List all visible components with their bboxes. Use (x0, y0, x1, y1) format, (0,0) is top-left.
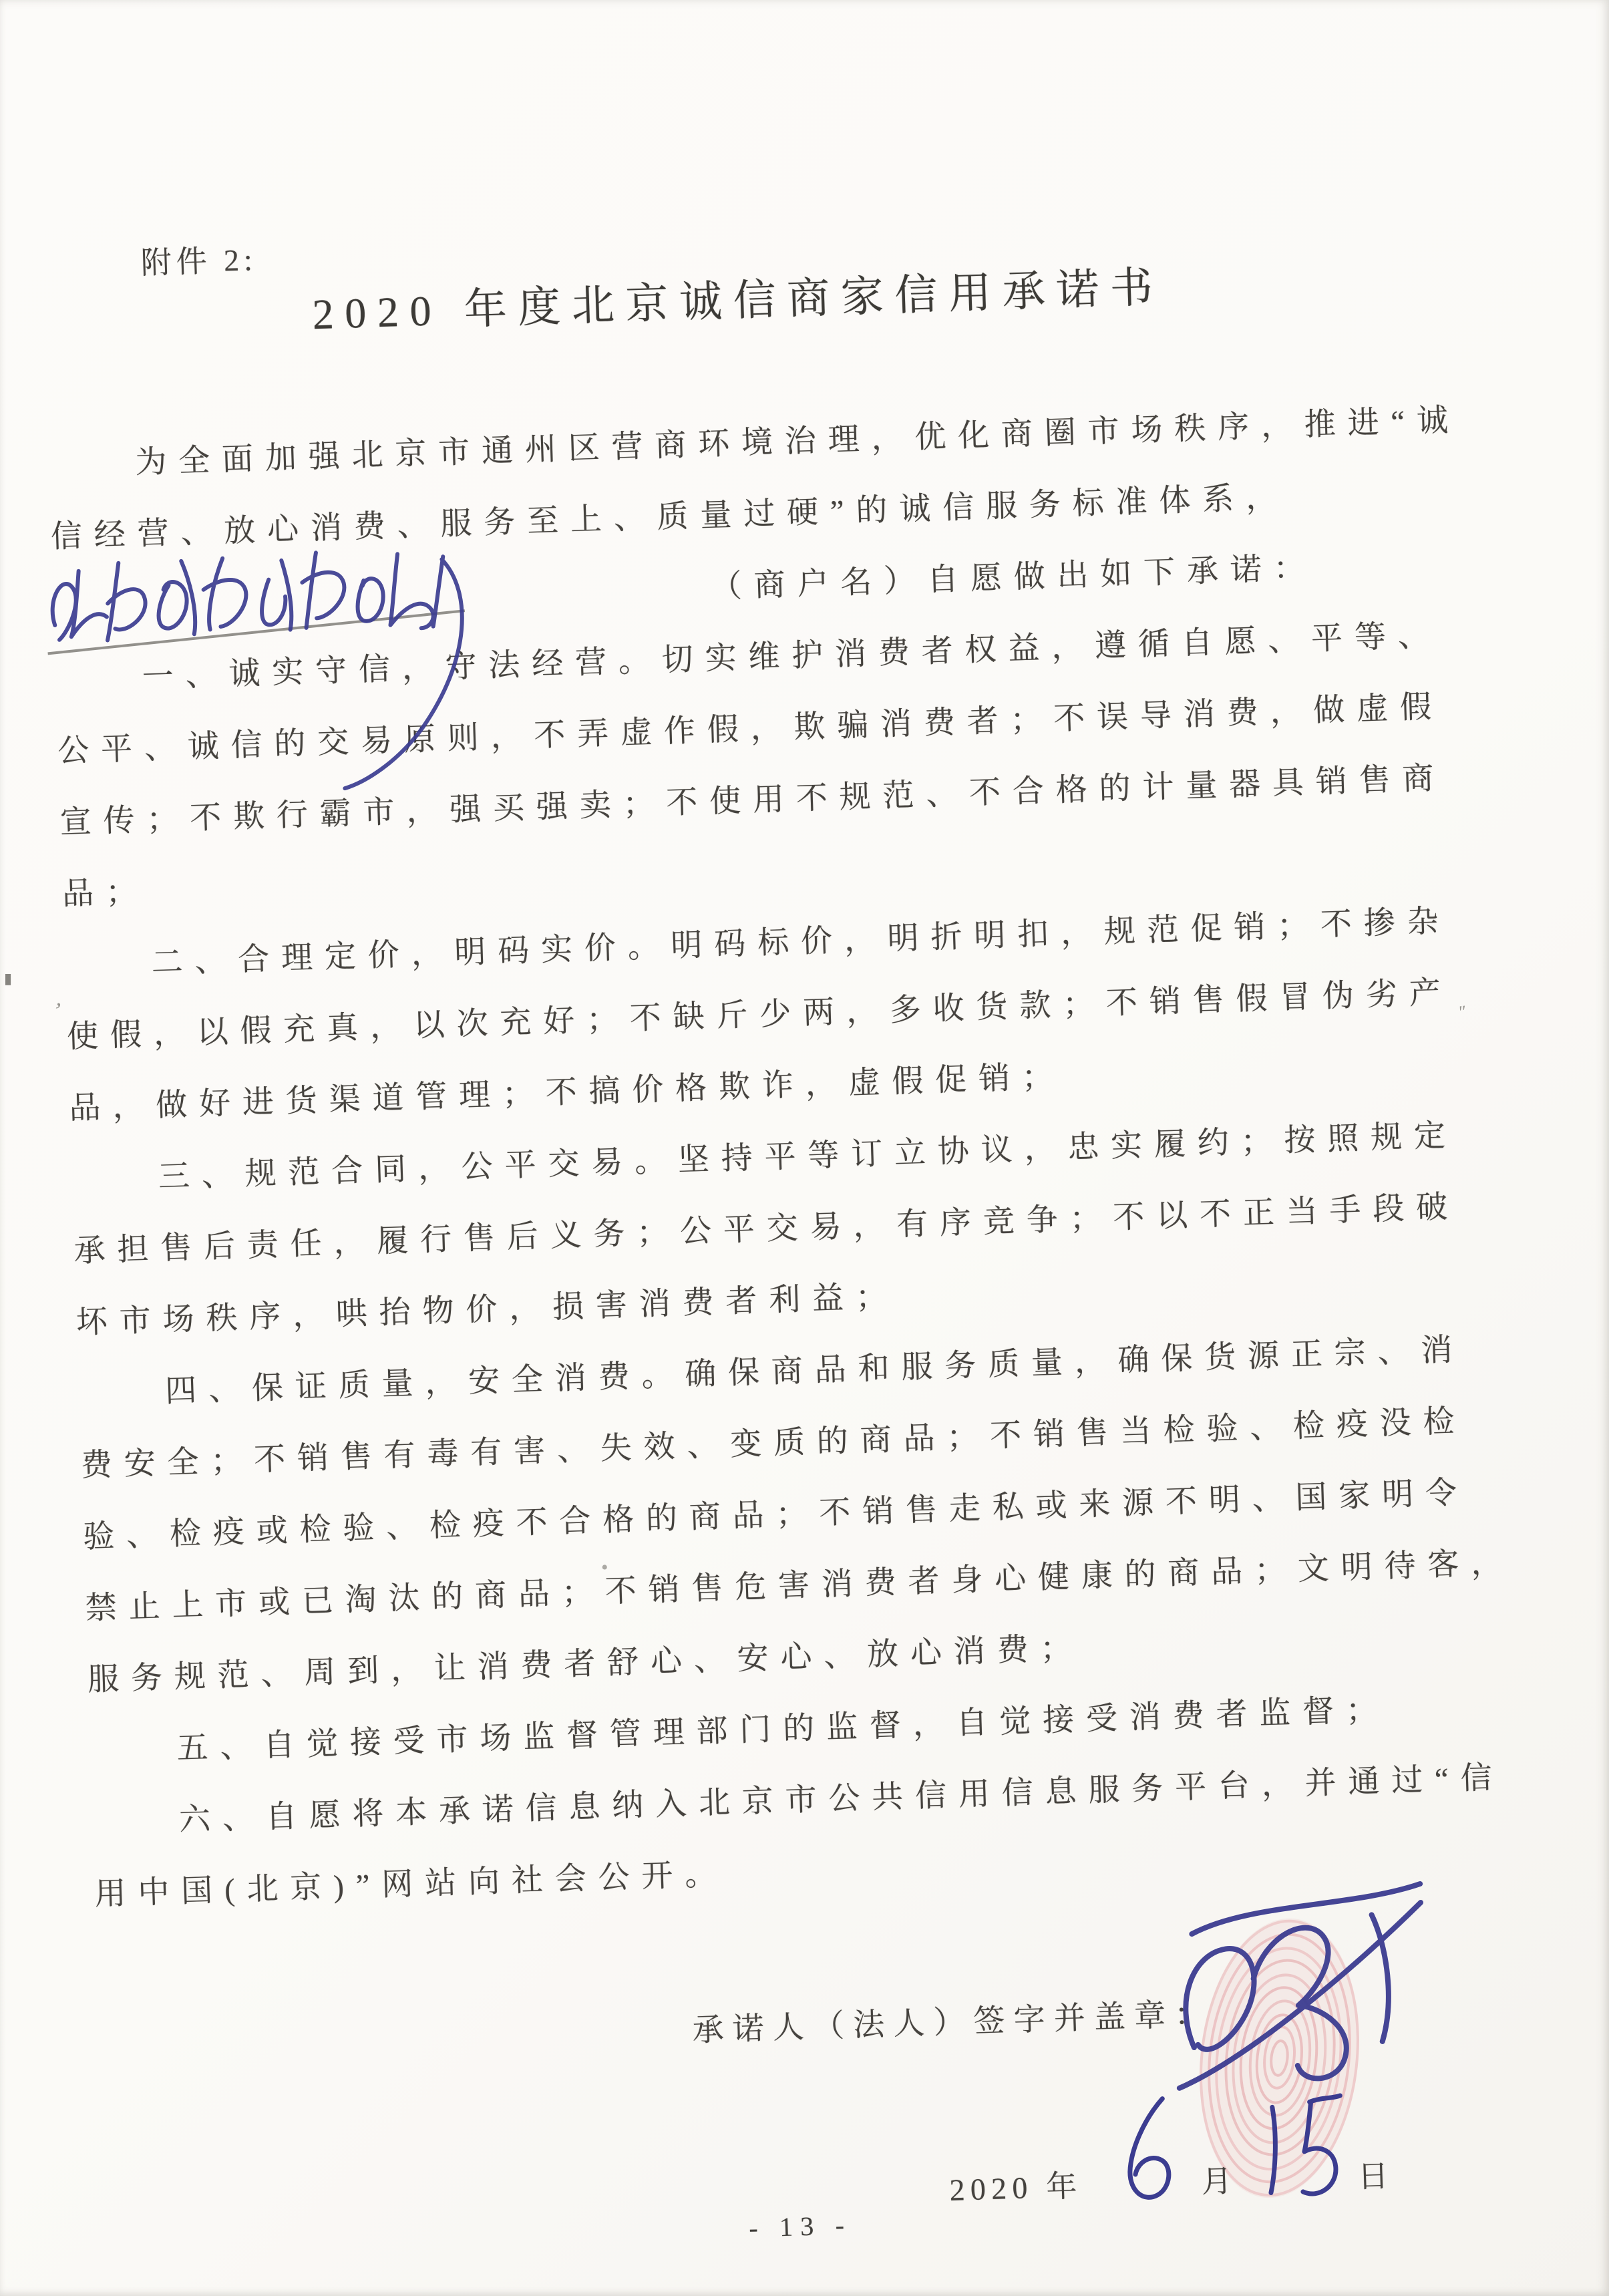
merchant-note: （商户名）自愿做出如下承诺： (710, 550, 1317, 605)
scan-speck: ’ (51, 998, 63, 1025)
body-lines-after-name: 一、诚实守信，守法经营。切实维护消费者权益，遵循自愿、平等、公平、诚信的交易原则… (54, 600, 1484, 1931)
handwritten-day (1252, 2080, 1356, 2204)
attachment-label: 附件 2: (140, 235, 258, 283)
scan-speck: ″ (1458, 1001, 1468, 1022)
document-body: 为全面加强北京市通州区营商环境治理，优化商圈市场秩序，推进“诚信经营、放心消费、… (47, 385, 1484, 1931)
page-content: 附件 2: 2020 年度北京诚信商家信用承诺书 为全面加强北京市通州区营商环境… (40, 165, 1496, 2293)
handwritten-month (1110, 2093, 1187, 2208)
date-row: 2020 年 月 日 (946, 2080, 1395, 2214)
signature-row: 承诺人（法人）签字并盖章： (691, 1989, 1215, 2050)
scan-speck: • (601, 1556, 608, 1579)
scanned-page: 附件 2: 2020 年度北京诚信商家信用承诺书 为全面加强北京市通州区营商环境… (0, 0, 1609, 2296)
scan-speck: ▮ (4, 970, 12, 987)
signature-label: 承诺人（法人）签字并盖章： (692, 1997, 1215, 2048)
